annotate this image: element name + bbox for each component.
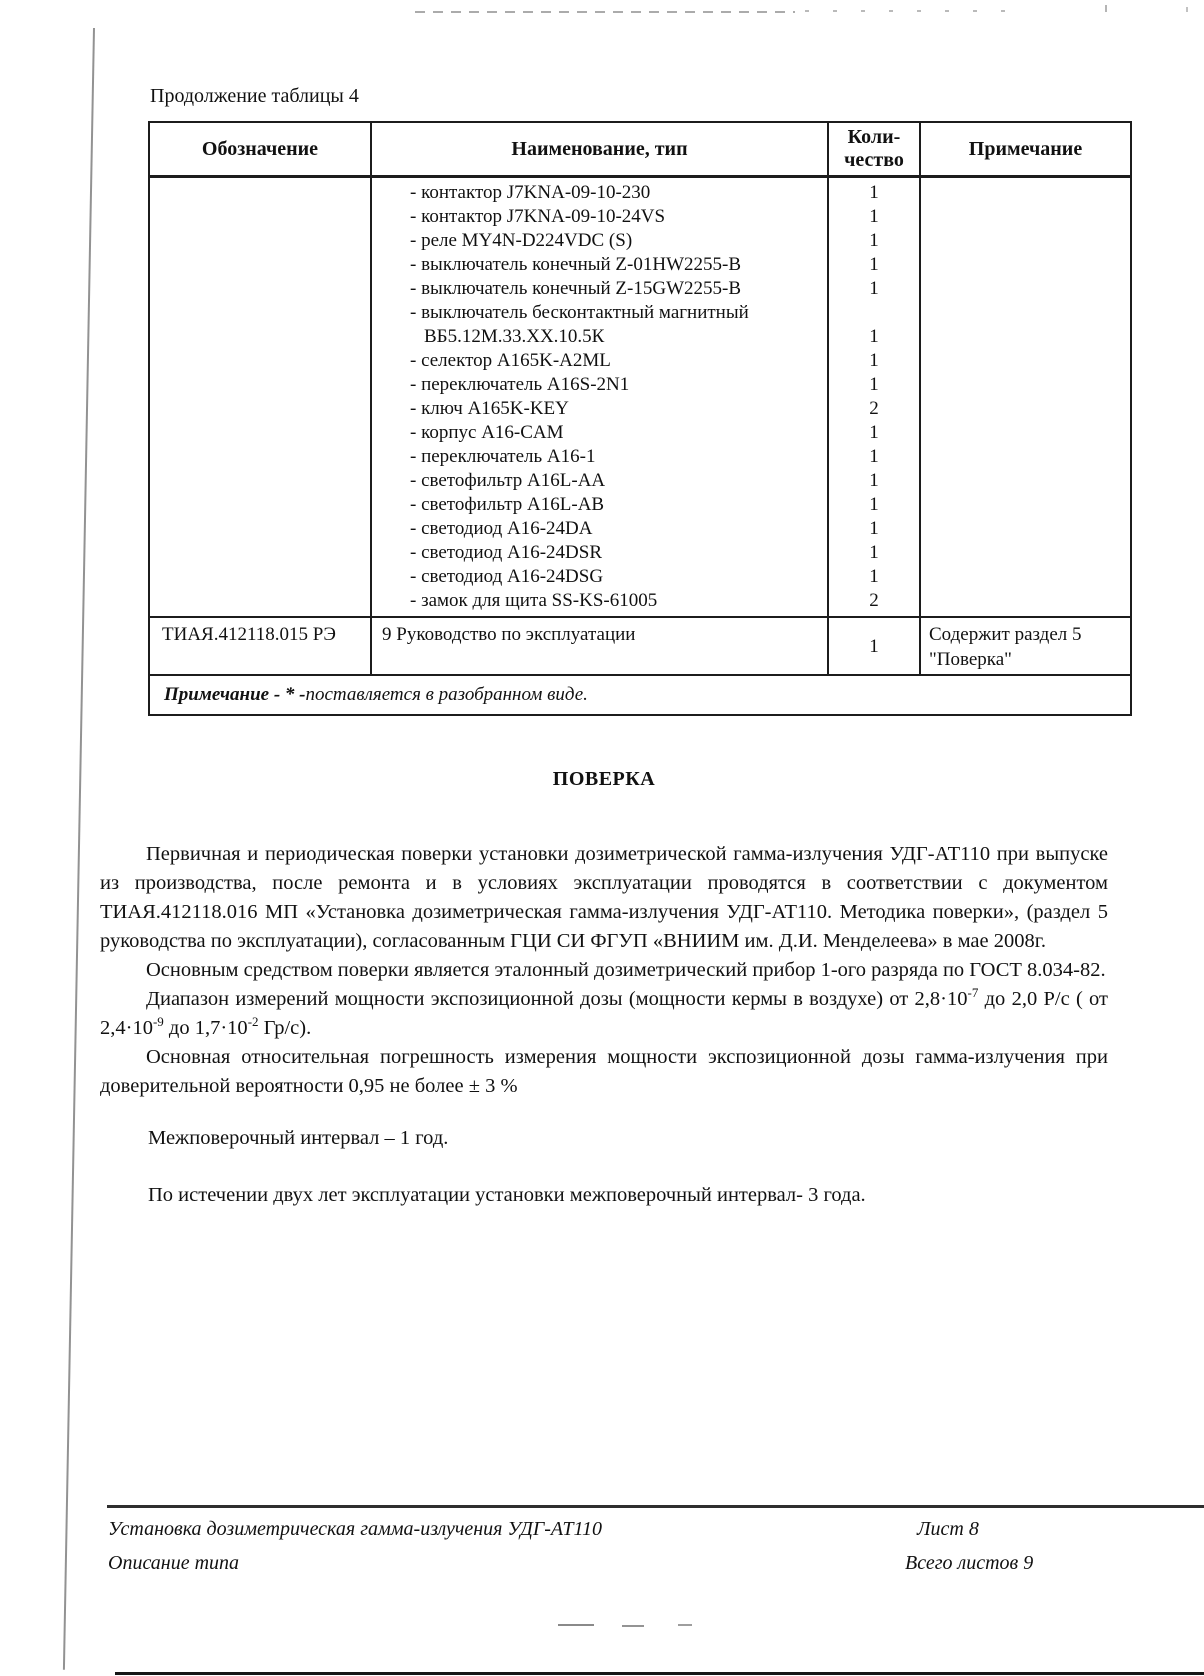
header-quantity-line2: чество: [844, 149, 904, 172]
range-text: до 1,7·10: [164, 1017, 248, 1039]
item-qty: 1: [829, 517, 919, 541]
item-qty: 1: [829, 445, 919, 469]
item-name: - светофильтр A16L-AA: [372, 469, 827, 493]
item-qty: 1: [829, 181, 919, 205]
range-exponent: -9: [153, 1014, 164, 1029]
header-quantity: Коли- чество: [829, 123, 921, 175]
item-name: - выключатель конечный Z-01HW2255-B: [372, 253, 827, 277]
footer-left: Установка дозиметрическая гамма-излучени…: [108, 1512, 602, 1580]
header-note-label: Примечание: [969, 138, 1082, 161]
footer-sheet-number: Лист 8: [905, 1512, 1033, 1546]
scan-artifact-bottom-line: [115, 1672, 1204, 1675]
item-name: - переключатель A16S-2N1: [372, 373, 827, 397]
range-text: Гр/с).: [259, 1017, 312, 1039]
manual-name: 9 Руководство по эксплуатации: [372, 618, 829, 674]
range-exponent: -2: [248, 1014, 259, 1029]
paragraph-p1: Первичная и периодическая поверки устано…: [100, 840, 1108, 956]
item-qty: 1: [829, 541, 919, 565]
parts-table: Обозначение Наименование, тип Коли- чест…: [148, 121, 1132, 716]
item-name: - контактор J7KNA-09-10-24VS: [372, 205, 827, 229]
paragraph-range: Диапазон измерений мощности экспозиционн…: [100, 985, 1108, 1043]
manual-note: Содержит раздел 5 "Поверка": [921, 618, 1130, 674]
item-name: - селектор A165K-A2ML: [372, 349, 827, 373]
header-quantity-line1: Коли-: [848, 126, 901, 149]
item-name: - светофильтр A16L-AB: [372, 493, 827, 517]
scan-artifact-vertical-line: [63, 28, 95, 1670]
paragraph-interval-3yr: По истечении двух лет эксплуатации устан…: [100, 1181, 1108, 1210]
item-name: - светодиод A16-24DSR: [372, 541, 827, 565]
item-qty: 1: [829, 349, 919, 373]
table-footnote-row: Примечание - * - поставляется в разобран…: [150, 674, 1130, 714]
manual-qty: 1: [829, 618, 921, 674]
item-name: - корпус A16-CAM: [372, 421, 827, 445]
footer-sheet-total: Всего листов 9: [905, 1546, 1033, 1580]
designation-column: [150, 178, 372, 616]
item-qty: 2: [829, 589, 919, 613]
table-caption: Продолжение таблицы 4: [150, 85, 359, 108]
header-name-type: Наименование, тип: [372, 123, 829, 175]
footer-subtitle: Описание типа: [108, 1546, 602, 1580]
manual-note-line2: "Поверка": [929, 647, 1130, 672]
table-body-row: - контактор J7KNA-09-10-230- контактор J…: [150, 178, 1130, 616]
scan-artifact-tick: [1105, 5, 1107, 12]
item-name: ВБ5.12М.33.ХХ.10.5К: [372, 325, 827, 349]
manual-designation: ТИАЯ.412118.015 РЭ: [150, 618, 372, 674]
range-exponent: -7: [968, 985, 979, 1000]
table-header-row: Обозначение Наименование, тип Коли- чест…: [150, 123, 1130, 178]
item-qty: 1: [829, 205, 919, 229]
item-name: - переключатель A16-1: [372, 445, 827, 469]
scan-artifact-top-dashes: [415, 11, 795, 13]
footnote-lead: Примечание - * -: [164, 684, 305, 706]
item-qty: 1: [829, 325, 919, 349]
item-name: - выключатель конечный Z-15GW2255-B: [372, 277, 827, 301]
item-qty: 2: [829, 397, 919, 421]
item-name: - замок для щита SS-KS-61005: [372, 589, 827, 613]
section-heading: ПОВЕРКА: [100, 768, 1108, 791]
item-qty: [829, 301, 919, 325]
items-name-column: - контактор J7KNA-09-10-230- контактор J…: [372, 178, 829, 616]
header-note: Примечание: [921, 123, 1130, 175]
document-page: Продолжение таблицы 4 Обозначение Наимен…: [0, 0, 1204, 1676]
scan-artifact-bottom-dashes: [558, 1624, 698, 1627]
item-name: - ключ A165K-KEY: [372, 397, 827, 421]
item-qty: 1: [829, 493, 919, 517]
manual-note-line1: Содержит раздел 5: [929, 622, 1130, 647]
items-qty-column: 11111111211111112: [829, 178, 921, 616]
footer-title: Установка дозиметрическая гамма-излучени…: [108, 1512, 602, 1546]
range-text: Диапазон измерений мощности экспозиционн…: [146, 988, 968, 1010]
item-qty: 1: [829, 565, 919, 589]
item-qty: 1: [829, 421, 919, 445]
poverka-text-block: Первичная и периодическая поверки устано…: [100, 840, 1108, 1210]
scan-artifact-top-dots: [805, 10, 1005, 12]
footnote-text: поставляется в разобранном виде.: [305, 684, 587, 706]
item-qty: 1: [829, 253, 919, 277]
item-name: - реле MY4N-D224VDC (S): [372, 229, 827, 253]
item-qty: 1: [829, 277, 919, 301]
footer-rule: [107, 1505, 1204, 1508]
footer-right: Лист 8 Всего листов 9: [905, 1512, 1033, 1580]
header-designation: Обозначение: [150, 123, 372, 175]
item-qty: 1: [829, 373, 919, 397]
header-name-type-label: Наименование, тип: [511, 138, 687, 161]
header-designation-label: Обозначение: [202, 138, 318, 161]
scan-artifact-tick: [1186, 7, 1188, 12]
item-name: - контактор J7KNA-09-10-230: [372, 181, 827, 205]
item-qty: 1: [829, 229, 919, 253]
item-name: - светодиод A16-24DA: [372, 517, 827, 541]
item-name: - выключатель бесконтактный магнитный: [372, 301, 827, 325]
item-qty: 1: [829, 469, 919, 493]
paragraph-p4: Основная относительная погрешность измер…: [100, 1043, 1108, 1101]
note-column: [921, 178, 1130, 616]
paragraph-interval-1yr: Межповерочный интервал – 1 год.: [100, 1124, 1108, 1153]
paragraph-p2: Основным средством поверки является этал…: [100, 956, 1108, 985]
manual-row: ТИАЯ.412118.015 РЭ 9 Руководство по эксп…: [150, 616, 1130, 674]
item-name: - светодиод A16-24DSG: [372, 565, 827, 589]
